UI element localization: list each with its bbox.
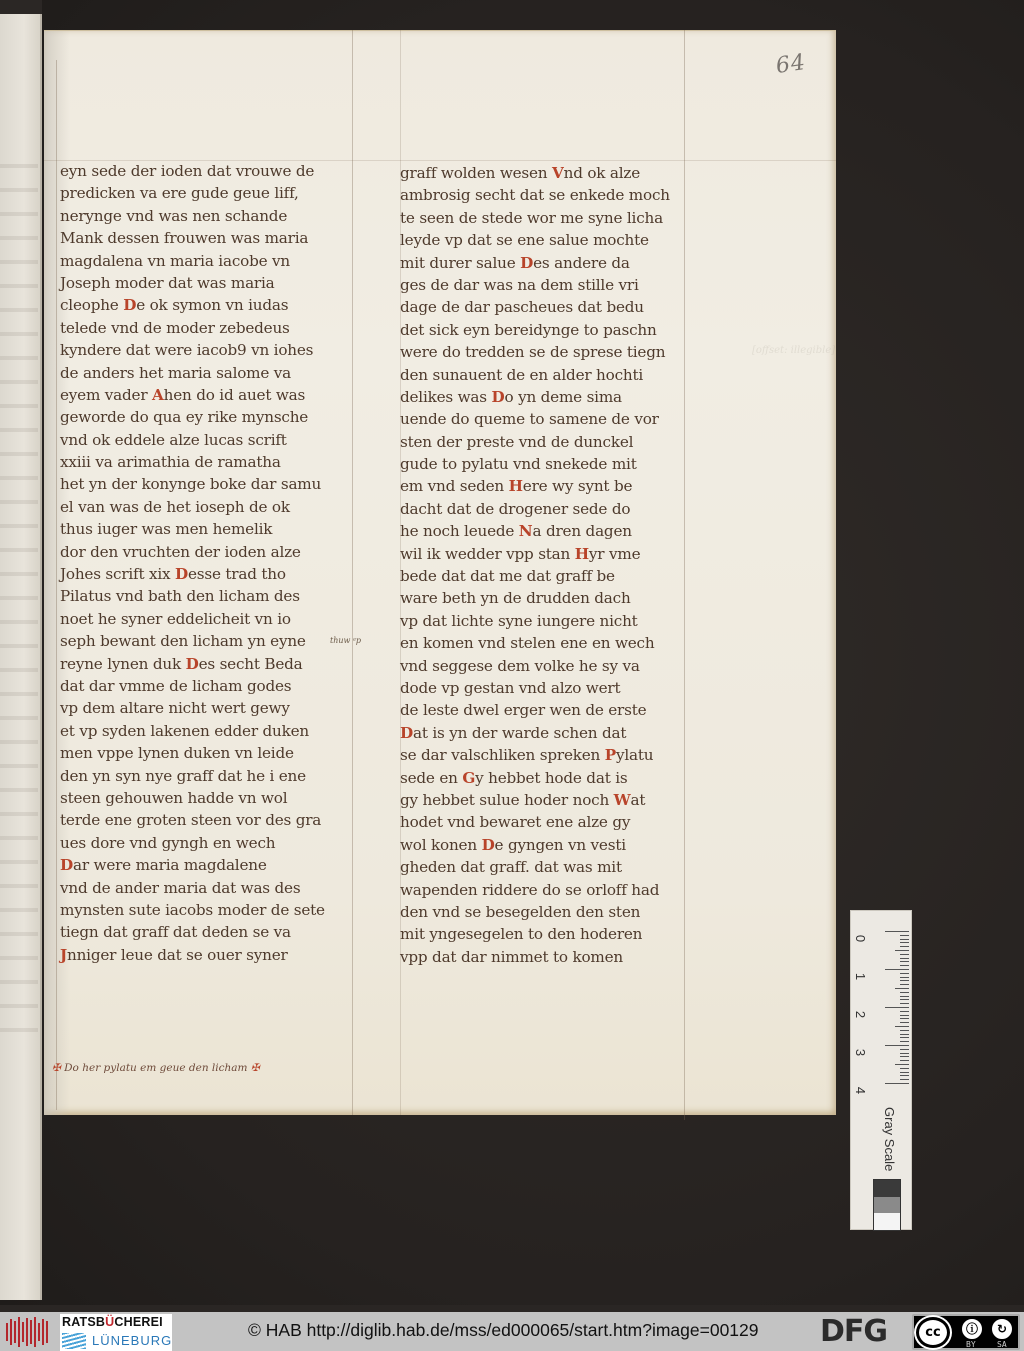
manuscript-line: sten der preste vnd de dunckel [400,431,710,453]
manuscript-line: mit durer salue Des andere da [400,252,710,274]
ruler-tick [900,1041,909,1042]
line-text: kyndere dat were iacob9 vn iohes [60,341,313,359]
ruler-tick [900,954,909,955]
line-text: wapenden riddere do se orloff had [400,881,659,899]
ruler-tick [885,1007,909,1008]
manuscript-line: ambrosig secht dat se enkede moch [400,184,710,206]
manuscript-line: gude to pylatu vnd snekede mit [400,453,710,475]
line-text-rest: ar were maria magdalene [73,856,267,874]
ratsbuecherei-logo[interactable]: RATSBÜCHEREI LÜNEBURG [60,1314,172,1351]
manuscript-line: te seen de stede wor me syne licha [400,207,710,229]
line-text: ambrosig secht dat se enkede moch [400,186,670,204]
line-text-rest: es andere da [533,254,630,272]
line-text: Joseph moder dat was maria [60,274,275,292]
ruler-tick [885,1045,909,1046]
manuscript-line: hodet vnd bewaret ene alze gy [400,811,710,833]
ruler-tick [885,931,909,932]
rubricated-initial: P [605,746,616,764]
line-text: mit durer salue [400,254,520,272]
rubricated-initial: H [575,545,589,563]
line-text: seph bewant den licham yn eyne [60,632,306,650]
line-text: geworde do qua ey rike mynsche [60,408,308,426]
ruler-tick [900,996,909,997]
manuscript-line: were do tredden se de sprese tiegn [400,341,710,363]
footnote-mark-end-icon: ✠ [248,1062,260,1074]
manuscript-line: nerynge vnd was nen schande [60,205,360,227]
ruler-tick [900,1072,909,1073]
line-text-rest: a dren dagen [532,522,631,540]
line-text: vnd ok eddele alze lucas scrift [60,431,287,449]
rubricated-initial: V [552,164,564,182]
manuscript-line: wil ik wedder vpp stan Hyr vme [400,543,710,565]
line-text: thus iuger was men hemelik [60,520,272,538]
margin-offset-ghost: [offset: illegible] [752,345,835,356]
rubricated-initial: D [60,856,73,874]
line-text-rest: o yn deme sima [505,388,622,406]
manuscript-line: mynsten sute iacobs moder de sete [60,899,360,921]
ruler-tick [900,1056,909,1057]
swatch-dark [874,1180,900,1197]
line-text: vpp dat dar nimmet to komen [400,948,623,966]
line-text-rest: ere wy synt be [523,477,632,495]
manuscript-line: wol konen De gyngen vn vesti [400,834,710,856]
line-text: delikes was [400,388,492,406]
open-book-icon [62,1333,86,1349]
rubricated-initial: N [519,522,533,540]
ruler-number-3: 3 [853,1049,868,1056]
rubricated-initial: D [186,655,199,673]
manuscript-line: Pilatus vnd bath den licham des [60,585,360,607]
line-text-rest: at is yn der warde schen dat [413,724,626,742]
manuscript-line: wapenden riddere do se orloff had [400,879,710,901]
line-text: ges de dar was na dem stille vri [400,276,639,294]
manuscript-line: det sick eyn bereidynge to paschn [400,319,710,341]
manuscript-line: leyde vp dat se ene salue mochte [400,229,710,251]
ruler-tick [900,946,909,947]
gray-scale-label: Gray Scale [882,1107,897,1171]
rubricated-initial: D [520,254,533,272]
ruler-number-2: 2 [853,1011,868,1018]
line-text: wil ik wedder vpp stan [400,545,575,563]
rubricated-initial: D [175,565,188,583]
manuscript-line: vp dat lichte syne iungere nicht [400,610,710,632]
manuscript-line: dacht dat de drogener sede do [400,498,710,520]
line-text-rest: nniger leue dat se ouer syner [67,946,288,964]
line-text: tiegn dat graff dat deden se va [60,923,291,941]
manuscript-line: magdalena vn maria iacobe vn [60,250,360,272]
line-text: graff wolden wesen [400,164,552,182]
rubricated-initial: D [492,388,505,406]
manuscript-line: Johes scrift xix Desse trad tho [60,563,360,585]
facing-page-shadow [0,0,42,14]
manuscript-line: kyndere dat were iacob9 vn iohes [60,339,360,361]
dfg-logo[interactable]: DFG [820,1315,887,1349]
line-text: den sunauent de en alder hochti [400,366,643,384]
manuscript-line: de anders het maria salome va [60,362,360,384]
manuscript-line: geworde do qua ey rike mynsche [60,406,360,428]
ruler-tick [900,1022,909,1023]
logo-city: LÜNEBURG [92,1333,172,1348]
line-text: nerynge vnd was nen schande [60,207,287,225]
ruler-tick [900,1018,909,1019]
line-text: vnd de ander maria dat was des [60,879,300,897]
manuscript-line: tiegn dat graff dat deden se va [60,921,360,943]
gray-scale-ruler: 0 1 2 3 4 Gray Scale [850,910,912,1230]
ruler-tick [900,1034,909,1035]
ruler-tick [900,1079,909,1080]
line-text: dat dar vmme de licham godes [60,677,291,695]
manuscript-line: ues dore vnd gyngh en wech [60,832,360,854]
manuscript-line: predicken va ere gude geue liff, [60,182,360,204]
ruler-tick [900,984,909,985]
line-text-rest: y hebbet hode dat is [475,769,627,787]
manuscript-line: graff wolden wesen Vnd ok alze [400,162,710,184]
cc-icon: cc [916,1317,950,1348]
line-text: predicken va ere gude geue liff, [60,184,299,202]
manuscript-line: bede dat dat me dat graff be [400,565,710,587]
copyright-link[interactable]: © HAB http://diglib.hab.de/mss/ed000065/… [248,1320,759,1341]
manuscript-line: seph bewant den licham yn eyne [60,630,360,652]
line-text: uende do queme to samene de vor [400,410,659,428]
line-text: ware beth yn de drudden dach [400,589,631,607]
manuscript-line: vp dem altare nicht wert gewy [60,697,360,719]
line-text: men vppe lynen duken vn leide [60,744,294,762]
rubricated-initial: D [482,836,495,854]
rubricated-initial: J [60,946,67,964]
ruler-tick [900,961,909,962]
manuscript-line: eyem vader Ahen do id auet was [60,384,360,406]
manuscript-line: men vppe lynen duken vn leide [60,742,360,764]
line-text: gude to pylatu vnd snekede mit [400,455,637,473]
ruler-tick [900,999,909,1000]
ruler-tick [900,935,909,936]
ruler-ticks [885,931,909,1091]
line-text: steen gehouwen hadde vn wol [60,789,287,807]
line-text: vp dem altare nicht wert gewy [60,699,290,717]
manuscript-line: sede en Gy hebbet hode dat is [400,767,710,789]
manuscript-line: dor den vruchten der ioden alze [60,541,360,563]
manuscript-line: vnd seggese dem volke he sy va [400,655,710,677]
line-text: dode vp gestan vnd alzo wert [400,679,620,697]
ruler-tick [895,950,909,951]
manuscript-line: xxiii va arimathia de ramatha [60,451,360,473]
ruler-tick [895,1064,909,1065]
line-text: wol konen [400,836,482,854]
logo-wordmark: RATSBÜCHEREI [62,1315,163,1329]
line-text: hodet vnd bewaret ene alze gy [400,813,630,831]
line-text: de anders het maria salome va [60,364,291,382]
line-text: sede en [400,769,462,787]
line-text: det sick eyn bereidynge to paschn [400,321,657,339]
line-text-rest: e ok symon vn iudas [136,296,288,314]
manuscript-line: vpp dat dar nimmet to komen [400,946,710,968]
manuscript-line: cleophe De ok symon vn iudas [60,294,360,316]
manuscript-line: he noch leuede Na dren dagen [400,520,710,542]
ratsbuecherei-bars-logo-icon [6,1316,48,1348]
manuscript-line: Mank dessen frouwen was maria [60,227,360,249]
line-text: eyem vader [60,386,152,404]
ruler-tick [900,939,909,940]
sa-label: SA [997,1340,1007,1349]
manuscript-line: het yn der konynge boke dar samu [60,473,360,495]
line-text: het yn der konynge boke dar samu [60,475,321,493]
line-text: terde ene groten steen vor des gra [60,811,321,829]
line-text: xxiii va arimathia de ramatha [60,453,281,471]
by-label: BY [966,1340,976,1349]
line-text-rest: esse trad tho [188,565,286,583]
ruler-tick [900,1075,909,1076]
ruler-tick [900,1068,909,1069]
folio-number: 64 [774,50,807,79]
facing-page-edge [0,0,42,1300]
line-text: mit yngesegelen to den hoderen [400,925,642,943]
manuscript-line: Dar were maria magdalene [60,854,360,876]
line-text: en komen vnd stelen ene en wech [400,634,654,652]
line-text: de leste dwel erger wen de erste [400,701,646,719]
swatch-light [874,1213,900,1230]
manuscript-line: se dar valschliken spreken Pylatu [400,744,710,766]
footnote-mark-icon: ✠ [52,1062,64,1074]
facing-page-text-ghost [0,150,38,1050]
manuscript-line: mit yngesegelen to den hoderen [400,923,710,945]
manuscript-line: Jnniger leue dat se ouer syner [60,944,360,966]
ruler-tick [900,1011,909,1012]
line-text-rest: es secht Beda [199,655,303,673]
line-text: em vnd seden [400,477,509,495]
ruler-tick [900,958,909,959]
manuscript-line: de leste dwel erger wen de erste [400,699,710,721]
ruler-tick [900,1053,909,1054]
text-column-left: eyn sede der ioden dat vrouwe depredicke… [60,160,360,966]
line-text: were do tredden se de sprese tiegn [400,343,665,361]
ruler-tick [900,1015,909,1016]
manuscript-line: delikes was Do yn deme sima [400,386,710,408]
ruler-tick [900,942,909,943]
ruler-tick [900,1030,909,1031]
line-text: et vp syden lakenen edder duken [60,722,309,740]
ruler-tick [895,1026,909,1027]
line-text: leyde vp dat se ene salue mochte [400,231,649,249]
manuscript-line: terde ene groten steen vor des gra [60,809,360,831]
text-column-right: graff wolden wesen Vnd ok alzeambrosig s… [400,162,710,968]
manuscript-line: eyn sede der ioden dat vrouwe de [60,160,360,182]
line-text-rest: at [631,791,646,809]
ruler-tick [900,980,909,981]
line-text: den vnd se besegelden den sten [400,903,640,921]
scan-viewer: 64 [offset: illegible] eyn sede der iode… [0,0,1024,1305]
line-text: magdalena vn maria iacobe vn [60,252,290,270]
manuscript-line: dat dar vmme de licham godes [60,675,360,697]
manuscript-line: thus iuger was men hemelik [60,518,360,540]
manuscript-line: den sunauent de en alder hochti [400,364,710,386]
line-text: el van was de het ioseph de ok [60,498,290,516]
line-text: sten der preste vnd de dunckel [400,433,633,451]
rubricated-initial: H [509,477,523,495]
ruling-line-left [56,60,57,1110]
line-text: dor den vruchten der ioden alze [60,543,301,561]
rubricated-initial: W [614,791,631,809]
line-text: mynsten sute iacobs moder de sete [60,901,325,919]
manuscript-line: den yn syn nye graff dat he i ene [60,765,360,787]
manuscript-line: gy hebbet sulue hoder noch Wat [400,789,710,811]
line-text-rest: e gyngen vn vesti [495,836,626,854]
line-text: vp dat lichte syne iungere nicht [400,612,638,630]
line-text: dage de dar pascheues dat bedu [400,298,644,316]
manuscript-line: et vp syden lakenen edder duken [60,720,360,742]
manuscript-line: den vnd se besegelden den sten [400,901,710,923]
ruler-tick [900,977,909,978]
manuscript-line: gheden dat graff. dat was mit [400,856,710,878]
line-text: dacht dat de drogener sede do [400,500,630,518]
line-text-rest: yr vme [589,545,640,563]
manuscript-line: dage de dar pascheues dat bedu [400,296,710,318]
interlinear-correction: thuw ᵃp [330,636,361,645]
rubric-footnote: ✠ Do her pylatu em geue den licham ✠ [52,1062,260,1074]
line-text: ues dore vnd gyngh en wech [60,834,275,852]
swatch-mid [874,1197,900,1214]
line-text: Pilatus vnd bath den licham des [60,587,300,605]
line-text: telede vnd de moder zebedeus [60,319,290,337]
manuscript-line: ges de dar was na dem stille vri [400,274,710,296]
line-text: bede dat dat me dat graff be [400,567,615,585]
manuscript-line: telede vnd de moder zebedeus [60,317,360,339]
ruler-number-1: 1 [853,973,868,980]
line-text: Johes scrift xix [60,565,175,583]
manuscript-line: Dat is yn der warde schen dat [400,722,710,744]
gray-swatches [873,1179,901,1231]
ruler-tick [885,969,909,970]
manuscript-line: Joseph moder dat was maria [60,272,360,294]
line-text: noet he syner eddelicheit vn io [60,610,291,628]
rubricated-initial: D [400,724,413,742]
line-text-rest: hen do id auet was [164,386,305,404]
line-text: Mank dessen frouwen was maria [60,229,308,247]
ruler-number-4: 4 [853,1087,868,1094]
line-text: den yn syn nye graff dat he i ene [60,767,306,785]
ruler-tick [895,988,909,989]
line-text: se dar valschliken spreken [400,746,605,764]
ruler-tick [900,1003,909,1004]
ruler-tick [900,973,909,974]
rubricated-initial: A [152,386,164,404]
line-text: te seen de stede wor me syne licha [400,209,663,227]
manuscript-line: noet he syner eddelicheit vn io [60,608,360,630]
line-text: gheden dat graff. dat was mit [400,858,622,876]
line-text: eyn sede der ioden dat vrouwe de [60,162,314,180]
manuscript-line: uende do queme to samene de vor [400,408,710,430]
line-text-rest: nd ok alze [564,164,640,182]
rubricated-initial: G [462,769,475,787]
cc-license-badge[interactable]: cc ⓘ ↻ BY SA [912,1314,1020,1350]
line-text: he noch leuede [400,522,519,540]
manuscript-line: vnd ok eddele alze lucas scrift [60,429,360,451]
ruler-tick [900,1049,909,1050]
manuscript-line: ware beth yn de drudden dach [400,587,710,609]
ruler-tick [900,992,909,993]
ruler-tick [885,1083,909,1084]
line-text: reyne lynen duk [60,655,186,673]
footnote-text: Do her pylatu em geue den licham [64,1062,247,1074]
manuscript-line: em vnd seden Here wy synt be [400,475,710,497]
line-text: cleophe [60,296,123,314]
manuscript-line: el van was de het ioseph de ok [60,496,360,518]
ruler-tick [900,1037,909,1038]
manuscript-line: dode vp gestan vnd alzo wert [400,677,710,699]
rubricated-initial: D [123,296,136,314]
line-text: vnd seggese dem volke he sy va [400,657,640,675]
manuscript-line: en komen vnd stelen ene en wech [400,632,710,654]
footer-bar: RATSBÜCHEREI LÜNEBURG © HAB http://digli… [0,1312,1024,1351]
manuscript-line: reyne lynen duk Des secht Beda [60,653,360,675]
ruler-tick [900,965,909,966]
by-attribution-icon: ⓘ [962,1319,982,1339]
line-text-rest: ylatu [616,746,653,764]
ruler-number-0: 0 [853,935,868,942]
manuscript-line: vnd de ander maria dat was des [60,877,360,899]
line-text: gy hebbet sulue hoder noch [400,791,614,809]
manuscript-line: steen gehouwen hadde vn wol [60,787,360,809]
ruler-tick [900,1060,909,1061]
sa-share-alike-icon: ↻ [992,1319,1012,1339]
